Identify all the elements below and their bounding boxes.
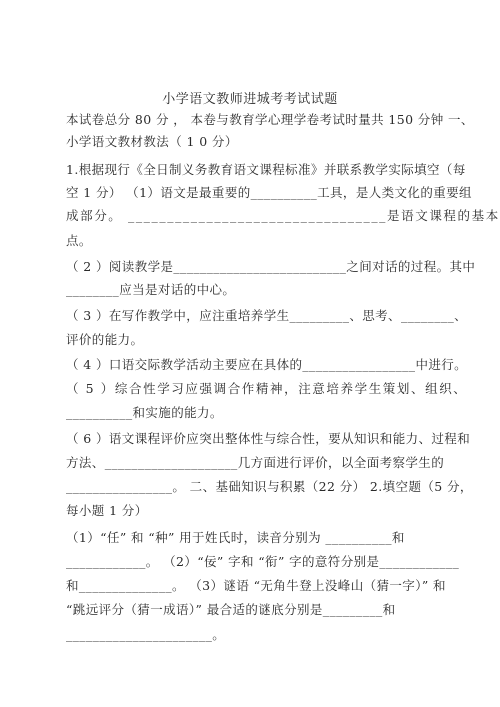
text-line: （ 4 ）口语交际教学活动主要应在具体的_________________中进行… [66,357,442,373]
text-line: （ 6 ）语文课程评价应突出整体性与综合性，要从知识和能力、过程和 [66,431,442,447]
text-line: 每小题 1 分） [66,503,442,519]
text-line: “跳远评分（猜一成语）” 最合适的谜底分别是_________和 [66,602,442,618]
text-line: 本试卷总分 80 分 ， 本卷与教育学心理学卷考试时量共 150 分钟 一、 [66,112,442,128]
document-title: 小学语文教师进城考考试试题 [0,88,500,107]
document-page: 小学语文教师进城考考试试题 本试卷总分 80 分 ， 本卷与教育学心理学卷考试时… [0,0,500,707]
text-line: （1）“任” 和 “种” 用于姓氏时，读音分别为 __________和 [66,530,442,546]
text-line: 评价的能力。 [66,332,442,348]
text-line: ________________。 二、基础知识与积累（22 分） 2.填空题（… [66,479,442,495]
text-line: 1.根据现行《全日制义务教育语文课程标准》并联系教学实际填空（每 [66,162,442,178]
text-line: （ 5 ）综合性学习应强调合作精神，注意培养学生策划、组织、 [66,381,442,397]
text-line: 点。 [66,233,442,249]
text-line: __________和实施的能力。 [66,405,442,421]
text-line: ____________。 （2）“佞” 字和 “衔” 字的意符分别是_____… [66,554,442,570]
text-line: 空 1 分） （1）语文是最重要的__________工具，是人类文化的重要组 [66,185,442,201]
text-line: 小学语文教材教法（ 1 0 分） [66,134,442,150]
text-line: 和______________。 （3）谜语 “无角牛登上没峰山（猜一字）” 和 [66,578,442,594]
text-line: ________应当是对话的中心。 [66,282,442,298]
text-line: 方法、____________________几方面进行评价，以全面考察学生的 [66,455,442,471]
text-line: ______________________。 [66,627,442,643]
text-line: 成部分。 _________________________________是语… [66,208,442,224]
text-line: （ 3 ）在写作教学中，应注重培养学生_________、思考、________… [66,308,442,324]
text-line: （ 2 ）阅读教学是__________________________之间对话… [66,259,442,275]
